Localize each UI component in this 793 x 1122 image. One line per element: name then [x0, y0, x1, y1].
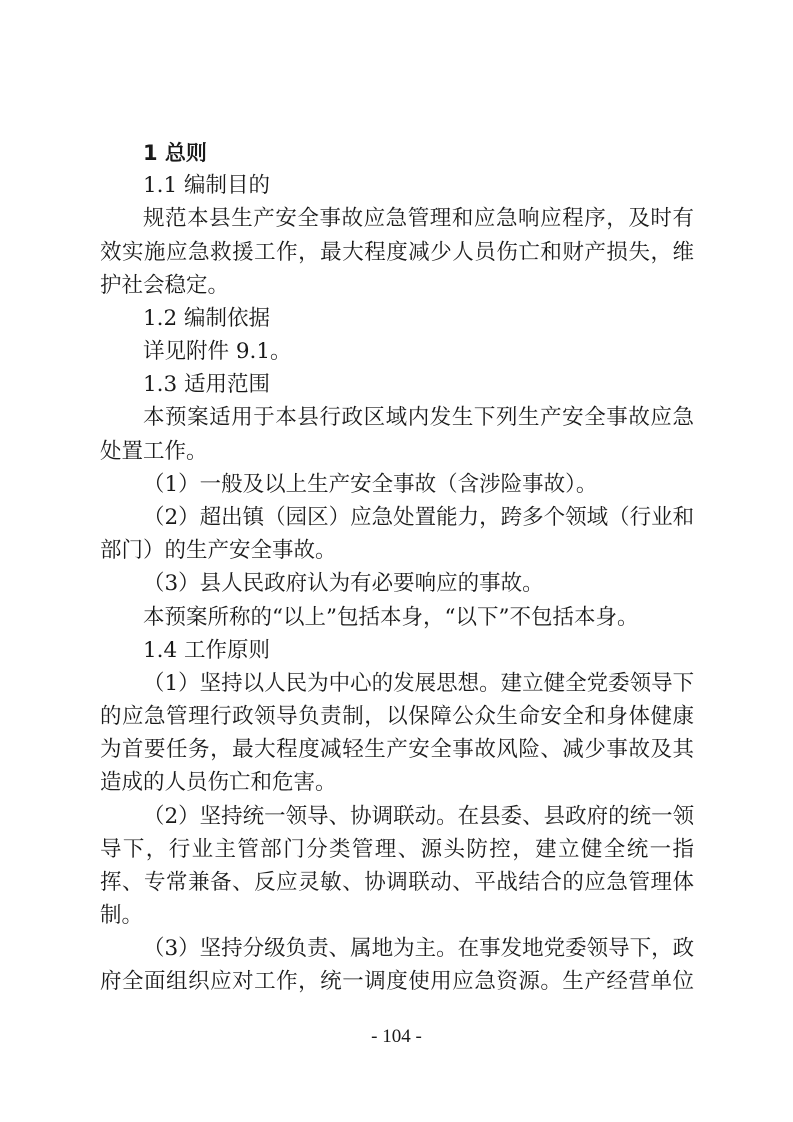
- paragraph-line: 为首要任务，最大程度减轻生产安全事故风险、减少事故及其: [100, 735, 694, 765]
- paragraph-line: 的应急管理行政领导负责制，以保障公众生命安全和身体健康: [100, 702, 694, 732]
- paragraph-line: 效实施应急救援工作，最大程度减少人员伤亡和财产损失，维: [100, 238, 694, 268]
- heading-1-4: 1.4 工作原则: [143, 636, 694, 666]
- heading-1-2: 1.2 编制依据: [143, 304, 694, 334]
- paragraph-line: 处置工作。: [100, 437, 694, 467]
- list-item: （3）县人民政府认为有必要响应的事故。: [143, 569, 694, 599]
- list-item: （3）坚持分级负责、属地为主。在事发地党委领导下，政: [143, 934, 694, 964]
- paragraph-line: 规范本县生产安全事故应急管理和应急响应程序，及时有: [143, 204, 694, 234]
- list-item: （1）坚持以人民为中心的发展思想。建立健全党委领导下: [143, 669, 694, 699]
- document-page: 1 总则 1.1 编制目的 规范本县生产安全事故应急管理和应急响应程序，及时有 …: [0, 0, 793, 1122]
- paragraph-line: 护社会稳定。: [100, 271, 694, 301]
- paragraph-line: 挥、专常兼备、反应灵敏、协调联动、平战结合的应急管理体: [100, 868, 694, 898]
- page-number: - 104 -: [0, 1026, 793, 1048]
- paragraph-line: 导下，行业主管部门分类管理、源头防控，建立健全统一指: [100, 835, 694, 865]
- paragraph-line: 详见附件 9.1。: [143, 337, 694, 367]
- list-item-continuation: 部门）的生产安全事故。: [100, 536, 694, 566]
- list-item: （1）一般及以上生产安全事故（含涉险事故）。: [143, 470, 694, 500]
- paragraph-line: 本预案适用于本县行政区域内发生下列生产安全事故应急: [143, 403, 694, 433]
- paragraph-line: 本预案所称的“以上”包括本身，“以下”不包括本身。: [143, 603, 694, 633]
- paragraph-line: 府全面组织应对工作，统一调度使用应急资源。生产经营单位: [100, 967, 694, 997]
- section-title: 1 总则: [143, 138, 694, 168]
- paragraph-line: 制。: [100, 901, 694, 931]
- heading-1-3: 1.3 适用范围: [143, 370, 694, 400]
- list-item: （2）超出镇（园区）应急处置能力，跨多个领域（行业和: [143, 503, 694, 533]
- heading-1-1: 1.1 编制目的: [143, 171, 694, 201]
- paragraph-line: 造成的人员伤亡和危害。: [100, 768, 694, 798]
- list-item: （2）坚持统一领导、协调联动。在县委、县政府的统一领: [143, 802, 694, 832]
